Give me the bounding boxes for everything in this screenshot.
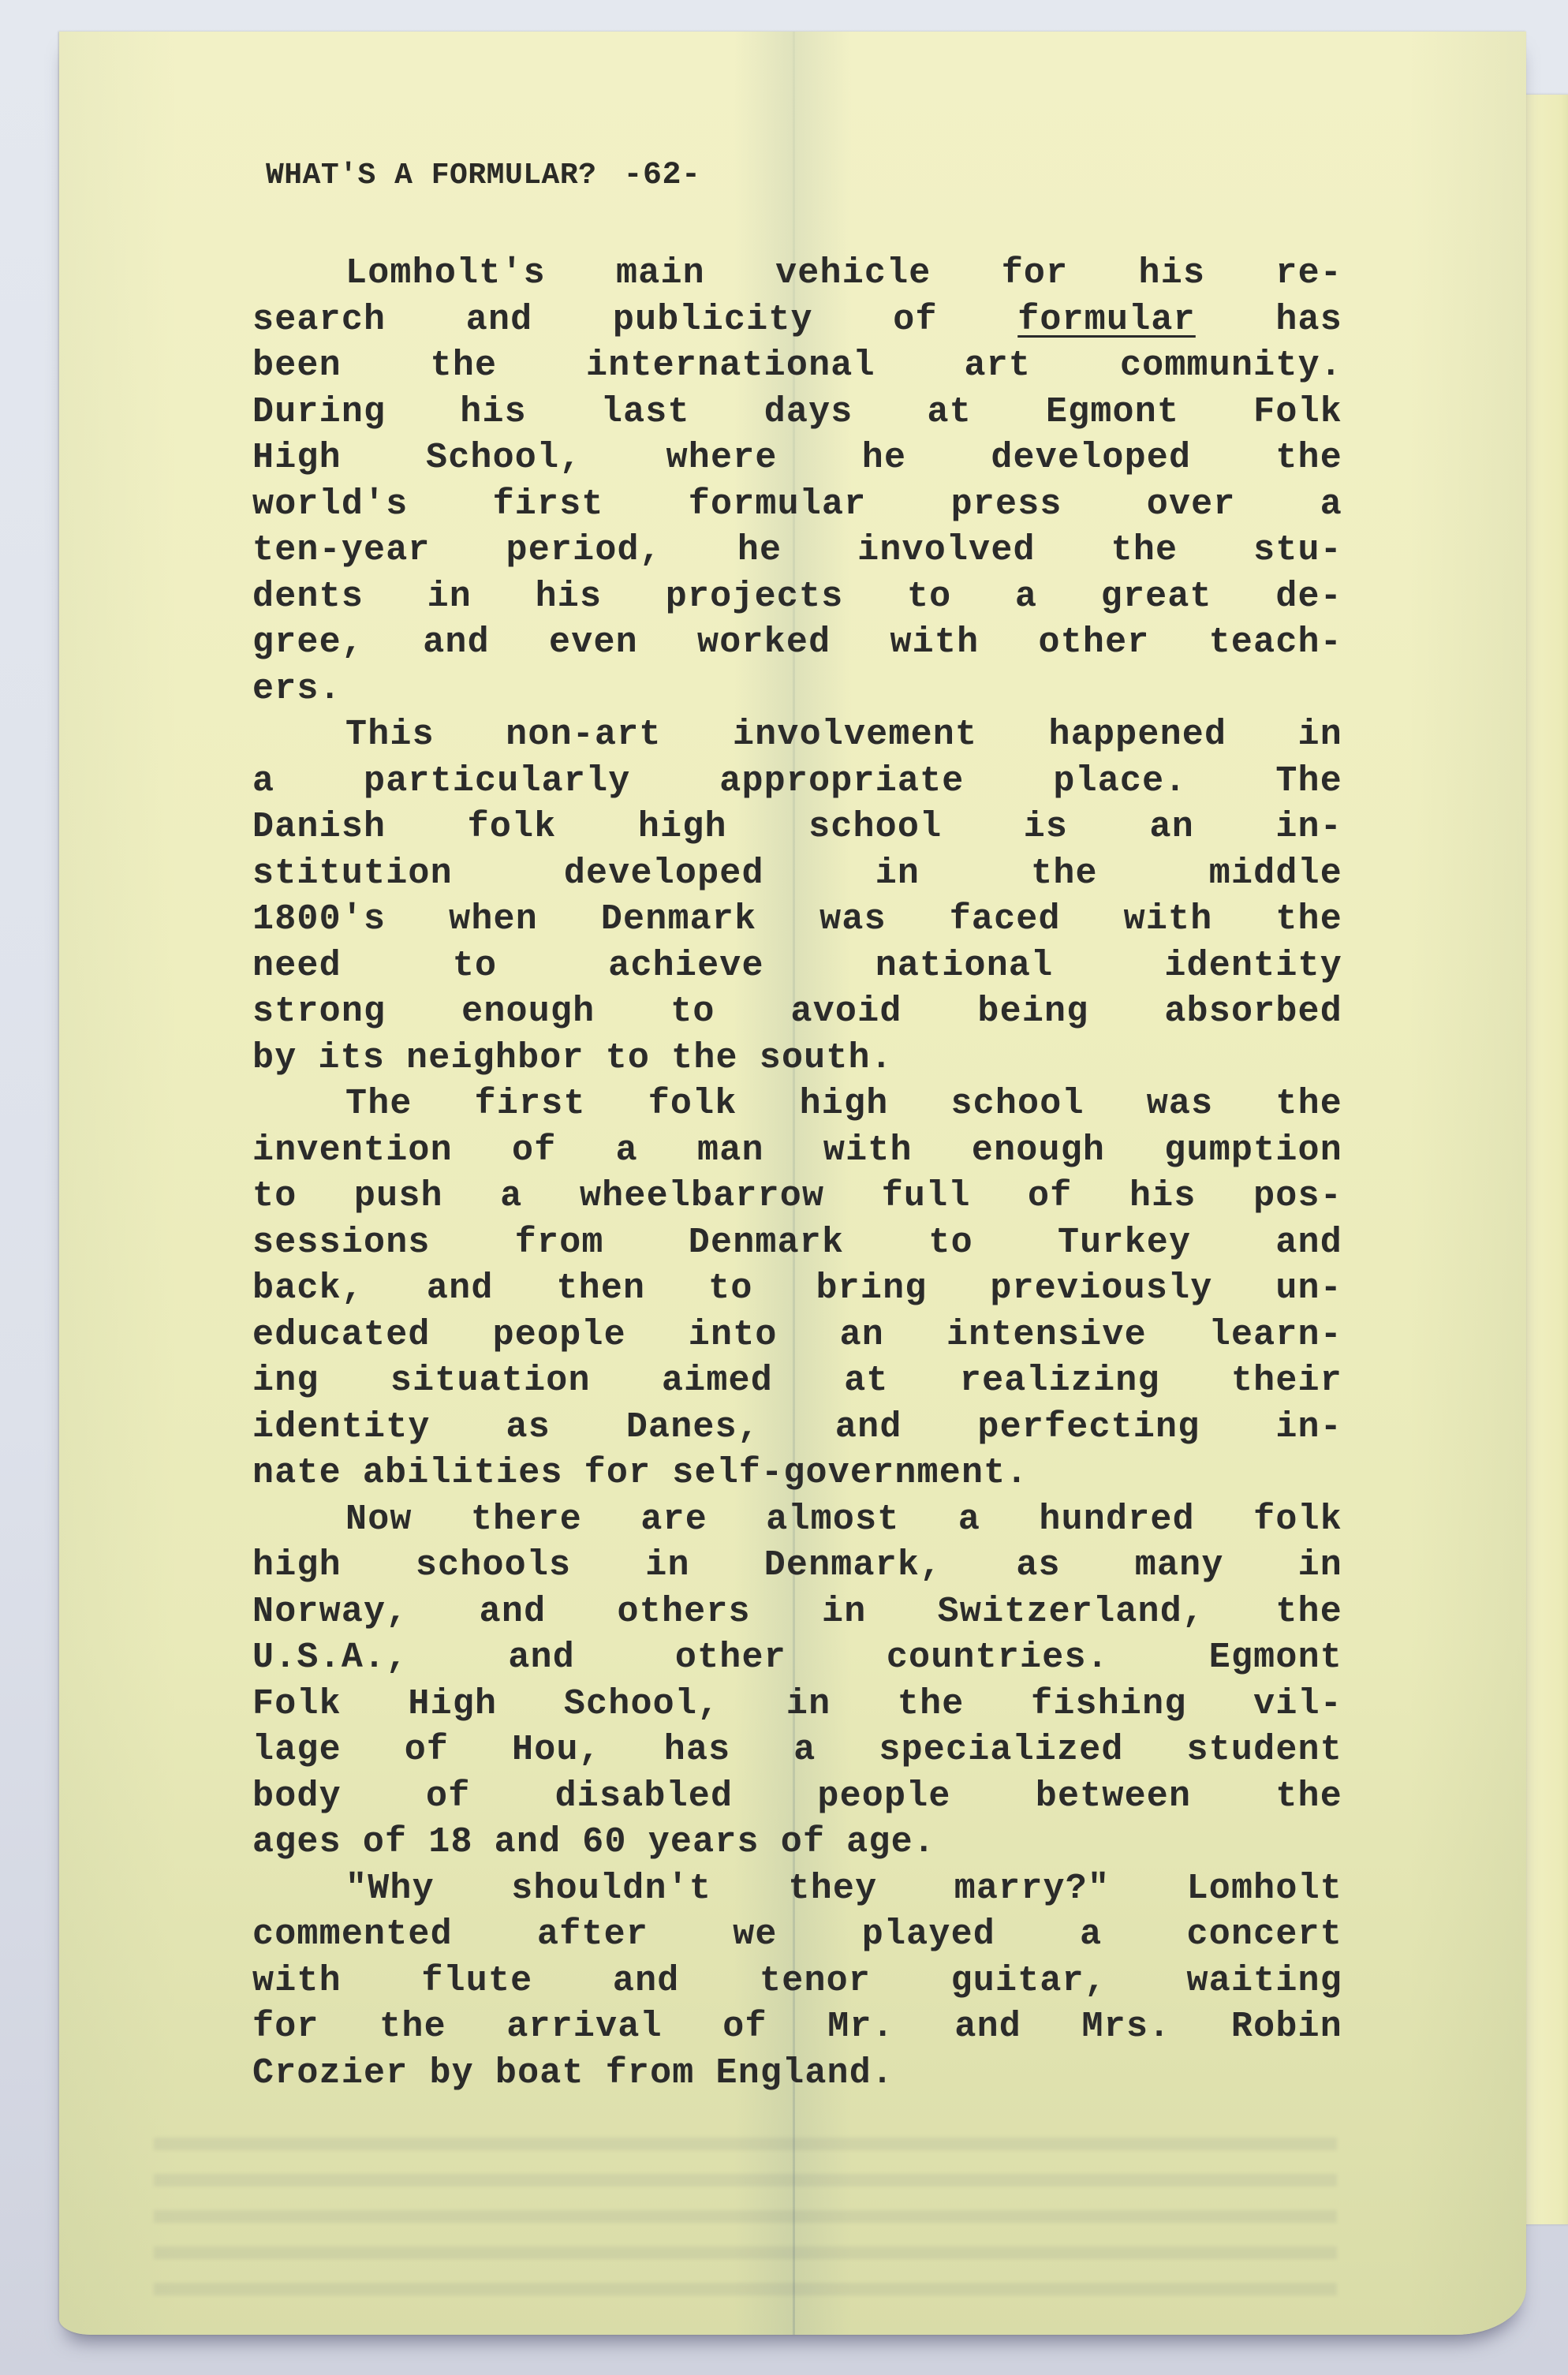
running-head-title: WHAT'S A FORMULAR?: [266, 159, 596, 192]
word: with: [252, 1959, 342, 2005]
word: in: [645, 1543, 689, 1589]
word: in: [427, 574, 472, 621]
text-line: Thefirstfolkhighschoolwasthe: [252, 1081, 1342, 1128]
word: at: [844, 1358, 888, 1405]
word: This: [345, 712, 435, 759]
word: The: [1275, 759, 1342, 805]
word: un-: [1275, 1266, 1342, 1313]
word: man: [697, 1128, 764, 1174]
text-line: agesof18and60yearsofage.: [252, 1820, 1342, 1866]
word: of: [781, 1820, 825, 1866]
word: was: [819, 897, 887, 943]
word: 18: [428, 1820, 472, 1866]
word: absorbed: [1164, 989, 1342, 1036]
word: period,: [506, 528, 662, 574]
word: situation: [390, 1358, 591, 1405]
word: aimed: [662, 1358, 773, 1405]
word: its: [318, 1036, 385, 1082]
word: gree,: [252, 620, 364, 667]
word: we: [733, 1912, 777, 1959]
word: nate: [252, 1451, 342, 1497]
word: over: [1147, 482, 1236, 528]
word: pos-: [1253, 1174, 1342, 1220]
running-header: WHAT'S A FORMULAR?-62-: [266, 158, 700, 193]
word: particularly: [364, 759, 630, 805]
paragraph: Thisnon-artinvolvementhappenedinaparticu…: [252, 712, 1342, 1081]
word: the: [671, 1036, 738, 1082]
text-line: withfluteandtenorguitar,waiting: [252, 1959, 1342, 2005]
word: worked: [697, 620, 831, 667]
word: High: [408, 1682, 497, 1728]
word: in: [1298, 712, 1342, 759]
word: and: [495, 1820, 562, 1866]
word: stu-: [1253, 528, 1342, 574]
paragraph: "Whyshouldn'ttheymarry?"Lomholtcommented…: [252, 1866, 1342, 2097]
text-line: Thisnon-artinvolvementhappenedin: [252, 712, 1342, 759]
word: Crozier: [252, 2051, 408, 2097]
word: from: [515, 1220, 604, 1267]
word: waiting: [1187, 1959, 1342, 2005]
word: marry?": [954, 1866, 1110, 1913]
word: the: [1275, 1774, 1342, 1820]
word: he: [862, 435, 906, 482]
word: his: [536, 574, 603, 621]
word: Folk: [1253, 390, 1342, 436]
word: the: [1275, 435, 1342, 482]
word: the: [1275, 897, 1342, 943]
word: avoid: [791, 989, 902, 1036]
text-line: FolkHighSchool,inthefishingvil-: [252, 1682, 1342, 1728]
text-line: back,andthentobringpreviouslyun-: [252, 1266, 1342, 1313]
word: the: [1031, 851, 1098, 898]
word: U.S.A.,: [252, 1635, 408, 1682]
word: and: [835, 1405, 902, 1451]
word: enough: [461, 989, 595, 1036]
word: invention: [252, 1128, 453, 1174]
text-line: identityasDanes,andperfectingin-: [252, 1405, 1342, 1451]
word: educated: [252, 1313, 431, 1359]
word: involved: [857, 528, 1036, 574]
word: faced: [950, 897, 1061, 943]
word: lage: [252, 1727, 342, 1774]
body-text: Lomholt'smainvehicleforhisre-searchandpu…: [252, 251, 1342, 2097]
word: push: [354, 1174, 443, 1220]
word: folk: [468, 805, 557, 851]
reverse-side-bleed-through: [154, 2114, 1337, 2303]
text-line: commentedafterweplayedaconcert: [252, 1912, 1342, 1959]
word: search: [252, 297, 386, 344]
word: specialized: [879, 1727, 1123, 1774]
word: his: [1129, 1174, 1197, 1220]
word: identity: [252, 1405, 431, 1451]
word: even: [549, 620, 638, 667]
word: learn-: [1209, 1313, 1342, 1359]
word: a: [1080, 1912, 1102, 1959]
word: folk: [1253, 1497, 1342, 1544]
text-line: world'sfirstformularpressovera: [252, 482, 1342, 528]
word: his: [460, 390, 527, 436]
word: Denmark: [601, 897, 756, 943]
word: "Why: [345, 1866, 435, 1913]
word: after: [537, 1912, 648, 1959]
word: 60: [582, 1820, 626, 1866]
word: and: [427, 1266, 494, 1313]
word: Norway,: [252, 1589, 408, 1636]
word: boat: [495, 2051, 584, 2097]
word: commented: [252, 1912, 453, 1959]
word: has: [664, 1727, 731, 1774]
text-line: stitutiondevelopedinthemiddle: [252, 851, 1342, 898]
word: of: [363, 1820, 407, 1866]
word: age.: [846, 1820, 935, 1866]
word: Danes,: [626, 1405, 760, 1451]
word: been: [252, 343, 342, 390]
word: world's: [252, 482, 408, 528]
word: into: [689, 1313, 778, 1359]
word: the: [898, 1682, 965, 1728]
underlined-term: formular: [1017, 297, 1196, 344]
word: other: [1038, 620, 1149, 667]
word: main: [616, 251, 705, 297]
word: re-: [1275, 251, 1342, 297]
word: Turkey: [1058, 1220, 1191, 1267]
word: Danish: [252, 805, 386, 851]
word: in: [1298, 1543, 1342, 1589]
word: and: [1275, 1220, 1342, 1267]
word: many: [1135, 1543, 1224, 1589]
word: Folk: [252, 1682, 342, 1728]
word: concert: [1187, 1912, 1342, 1959]
word: of: [512, 1128, 556, 1174]
word: of: [426, 1774, 470, 1820]
word: in-: [1275, 805, 1342, 851]
word: enough: [972, 1128, 1105, 1174]
word: Mr.: [827, 2004, 894, 2051]
word: days: [764, 390, 853, 436]
word: where: [666, 435, 778, 482]
word: to: [670, 989, 715, 1036]
page-number: -62-: [623, 158, 700, 193]
text-line: CrozierbyboatfromEngland.: [252, 2051, 1342, 2097]
word: self-government.: [672, 1451, 1028, 1497]
word: Egmont: [1046, 390, 1179, 436]
word: the: [1111, 528, 1178, 574]
word: gumption: [1164, 1128, 1342, 1174]
paragraph: Thefirstfolkhighschoolwastheinventionofa…: [252, 1081, 1342, 1497]
word: between: [1036, 1774, 1191, 1820]
word: for: [584, 1451, 651, 1497]
word: international: [586, 343, 875, 390]
word: ages: [252, 1820, 342, 1866]
word: developed: [564, 851, 764, 898]
word: developed: [991, 435, 1191, 482]
text-line: gree,andevenworkedwithotherteach-: [252, 620, 1342, 667]
word: de-: [1275, 574, 1342, 621]
word: he: [737, 528, 782, 574]
word: as: [506, 1405, 551, 1451]
word: to: [708, 1266, 752, 1313]
word: in: [875, 851, 920, 898]
word: years: [648, 1820, 760, 1866]
word: 1800's: [252, 897, 386, 943]
word: vil-: [1253, 1682, 1342, 1728]
word: school: [808, 805, 942, 851]
word: was: [1147, 1081, 1214, 1128]
word: a: [252, 759, 274, 805]
word: schools: [416, 1543, 571, 1589]
paragraph: Nowtherearealmostahundredfolkhighschools…: [252, 1497, 1342, 1866]
word: tenor: [760, 1959, 871, 2005]
word: School,: [564, 1682, 719, 1728]
word: previously: [990, 1266, 1212, 1313]
word: of: [722, 2004, 767, 2051]
word: and: [508, 1635, 575, 1682]
word: when: [449, 897, 538, 943]
word: involvement: [733, 712, 977, 759]
word: projects: [666, 574, 844, 621]
word: a: [1015, 574, 1037, 621]
word: the: [379, 2004, 446, 2051]
word: last: [601, 390, 690, 436]
word: achieve: [608, 943, 763, 990]
word: happened: [1049, 712, 1227, 759]
word: they: [788, 1866, 877, 1913]
word: a: [793, 1727, 816, 1774]
text-line: beentheinternationalartcommunity.: [252, 343, 1342, 390]
word: by: [252, 1036, 297, 1082]
word: of: [893, 297, 937, 344]
text-line: bodyofdisabledpeoplebetweenthe: [252, 1774, 1342, 1820]
text-line: searchandpublicityofformularhas: [252, 297, 1342, 344]
word: to: [928, 1220, 973, 1267]
word: a: [616, 1128, 638, 1174]
word: stitution: [252, 851, 453, 898]
word: arrival: [506, 2004, 662, 2051]
text-line: Lomholt'smainvehicleforhisre-: [252, 251, 1342, 297]
word: Lomholt's: [345, 251, 546, 297]
paragraph: Lomholt'smainvehicleforhisre-searchandpu…: [252, 251, 1342, 712]
word: identity: [1164, 943, 1342, 990]
word: appropriate: [719, 759, 964, 805]
word: intensive: [946, 1313, 1147, 1359]
word: are: [640, 1497, 707, 1544]
text-line: ten-yearperiod,heinvolvedthestu-: [252, 528, 1342, 574]
word: an: [1150, 805, 1194, 851]
word: to: [606, 1036, 650, 1082]
text-line: needtoachievenationalidentity: [252, 943, 1342, 990]
word: perfecting: [977, 1405, 1200, 1451]
word: and: [954, 2004, 1021, 2051]
word: Egmont: [1209, 1635, 1342, 1682]
word: people: [493, 1313, 626, 1359]
text-line: forthearrivalofMr.andMrs.Robin: [252, 2004, 1342, 2051]
word: disabled: [555, 1774, 734, 1820]
word: and: [466, 297, 533, 344]
word: their: [1231, 1358, 1342, 1405]
word: the: [1275, 1081, 1342, 1128]
text-line: topushawheelbarrowfullofhispos-: [252, 1174, 1342, 1220]
word: guitar,: [951, 1959, 1107, 2005]
word: countries.: [887, 1635, 1109, 1682]
word: Now: [345, 1497, 413, 1544]
text-line: Norway,andothersinSwitzerland,the: [252, 1589, 1342, 1636]
word: a: [958, 1497, 980, 1544]
word: great: [1101, 574, 1212, 621]
word: the: [431, 343, 498, 390]
word: south.: [760, 1036, 893, 1082]
word: being: [977, 989, 1088, 1036]
word: Mrs.: [1082, 2004, 1171, 2051]
word: of: [1028, 1174, 1072, 1220]
word: The: [345, 1081, 413, 1128]
word: an: [840, 1313, 884, 1359]
text-line: DuringhislastdaysatEgmontFolk: [252, 390, 1342, 436]
word: School,: [426, 435, 581, 482]
word: as: [1016, 1543, 1060, 1589]
text-line: strongenoughtoavoidbeingabsorbed: [252, 989, 1342, 1036]
word: high: [800, 1081, 889, 1128]
word: publicity: [613, 297, 813, 344]
word: ing: [252, 1358, 319, 1405]
text-line: Danishfolkhighschoolisanin-: [252, 805, 1342, 851]
word: dents: [252, 574, 364, 621]
text-line: "Whyshouldn'ttheymarry?"Lomholt: [252, 1866, 1342, 1913]
word: high: [638, 805, 727, 851]
word: ers.: [252, 667, 342, 713]
word: fishing: [1031, 1682, 1186, 1728]
word: first: [493, 482, 604, 528]
word: of: [405, 1727, 449, 1774]
word: teach-: [1209, 620, 1342, 667]
word: need: [252, 943, 342, 990]
word: shouldn't: [511, 1866, 711, 1913]
text-line: highschoolsinDenmark,asmanyin: [252, 1543, 1342, 1589]
text-line: nateabilitiesforself-government.: [252, 1451, 1342, 1497]
word: a: [500, 1174, 522, 1220]
word: people: [817, 1774, 950, 1820]
word: vehicle: [775, 251, 931, 297]
word: art: [965, 343, 1032, 390]
word: realizing: [960, 1358, 1160, 1405]
word: Hou,: [512, 1727, 601, 1774]
word: Denmark: [689, 1220, 844, 1267]
text-line: ingsituationaimedatrealizingtheir: [252, 1358, 1342, 1405]
word: others: [618, 1589, 751, 1636]
word: in: [822, 1589, 866, 1636]
word: then: [556, 1266, 645, 1313]
word: England.: [716, 2051, 894, 2097]
text-line: inventionofamanwithenoughgumption: [252, 1128, 1342, 1174]
word: During: [252, 390, 386, 436]
word: ten-year: [252, 528, 431, 574]
word: the: [1275, 1589, 1342, 1636]
word: and: [613, 1959, 680, 2005]
word: strong: [252, 989, 386, 1036]
word: at: [928, 390, 972, 436]
word: student: [1187, 1727, 1342, 1774]
word: a: [1320, 482, 1342, 528]
text-line: ers.: [252, 667, 1342, 713]
text-line: Nowtherearealmostahundredfolk: [252, 1497, 1342, 1544]
word: to: [453, 943, 497, 990]
text-line: byitsneighbortothesouth.: [252, 1036, 1342, 1082]
word: with: [890, 620, 979, 667]
word: back,: [252, 1266, 364, 1313]
word: Switzerland,: [938, 1589, 1204, 1636]
word: sessions: [252, 1220, 431, 1267]
word: body: [252, 1774, 342, 1820]
word: to: [907, 574, 951, 621]
word: almost: [766, 1497, 899, 1544]
word: is: [1024, 805, 1068, 851]
word: High: [252, 435, 342, 482]
word: his: [1139, 251, 1206, 297]
word: folk: [648, 1081, 737, 1128]
word: place.: [1053, 759, 1186, 805]
word: in: [786, 1682, 831, 1728]
adjacent-page-edge: [1522, 95, 1568, 2224]
word: school: [950, 1081, 1084, 1128]
word: and: [480, 1589, 547, 1636]
word: for: [1002, 251, 1069, 297]
word: Robin: [1231, 2004, 1342, 2051]
word: bring: [816, 1266, 927, 1313]
word: played: [862, 1912, 995, 1959]
word: from: [606, 2051, 695, 2097]
word: press: [951, 482, 1062, 528]
word: national: [875, 943, 1054, 990]
text-line: dentsinhisprojectstoagreatde-: [252, 574, 1342, 621]
word: other: [675, 1635, 786, 1682]
text-line: HighSchool,wherehedevelopedthe: [252, 435, 1342, 482]
text-line: U.S.A.,andothercountries.Egmont: [252, 1635, 1342, 1682]
word: full: [882, 1174, 971, 1220]
word: flute: [421, 1959, 532, 2005]
word: wheelbarrow: [580, 1174, 824, 1220]
word: for: [252, 2004, 319, 2051]
word: high: [252, 1543, 342, 1589]
word: has: [1275, 297, 1342, 344]
word: and: [423, 620, 490, 667]
word: with: [1124, 897, 1213, 943]
word: there: [471, 1497, 582, 1544]
text-line: 1800'swhenDenmarkwasfacedwiththe: [252, 897, 1342, 943]
word: with: [823, 1128, 913, 1174]
word: abilities: [363, 1451, 563, 1497]
word: to: [252, 1174, 297, 1220]
word: hundred: [1039, 1497, 1194, 1544]
text-line: aparticularlyappropriateplace.The: [252, 759, 1342, 805]
word: formular: [689, 482, 867, 528]
word: by: [429, 2051, 473, 2097]
word: Lomholt: [1187, 1866, 1342, 1913]
word: non-art: [506, 712, 661, 759]
word: middle: [1209, 851, 1342, 898]
word: community.: [1120, 343, 1342, 390]
word: in-: [1275, 1405, 1342, 1451]
text-line: lageofHou,hasaspecializedstudent: [252, 1727, 1342, 1774]
word: first: [475, 1081, 586, 1128]
text-line: sessionsfromDenmarktoTurkeyand: [252, 1220, 1342, 1267]
text-line: educatedpeopleintoanintensivelearn-: [252, 1313, 1342, 1359]
word: neighbor: [406, 1036, 584, 1082]
word: Denmark,: [764, 1543, 943, 1589]
